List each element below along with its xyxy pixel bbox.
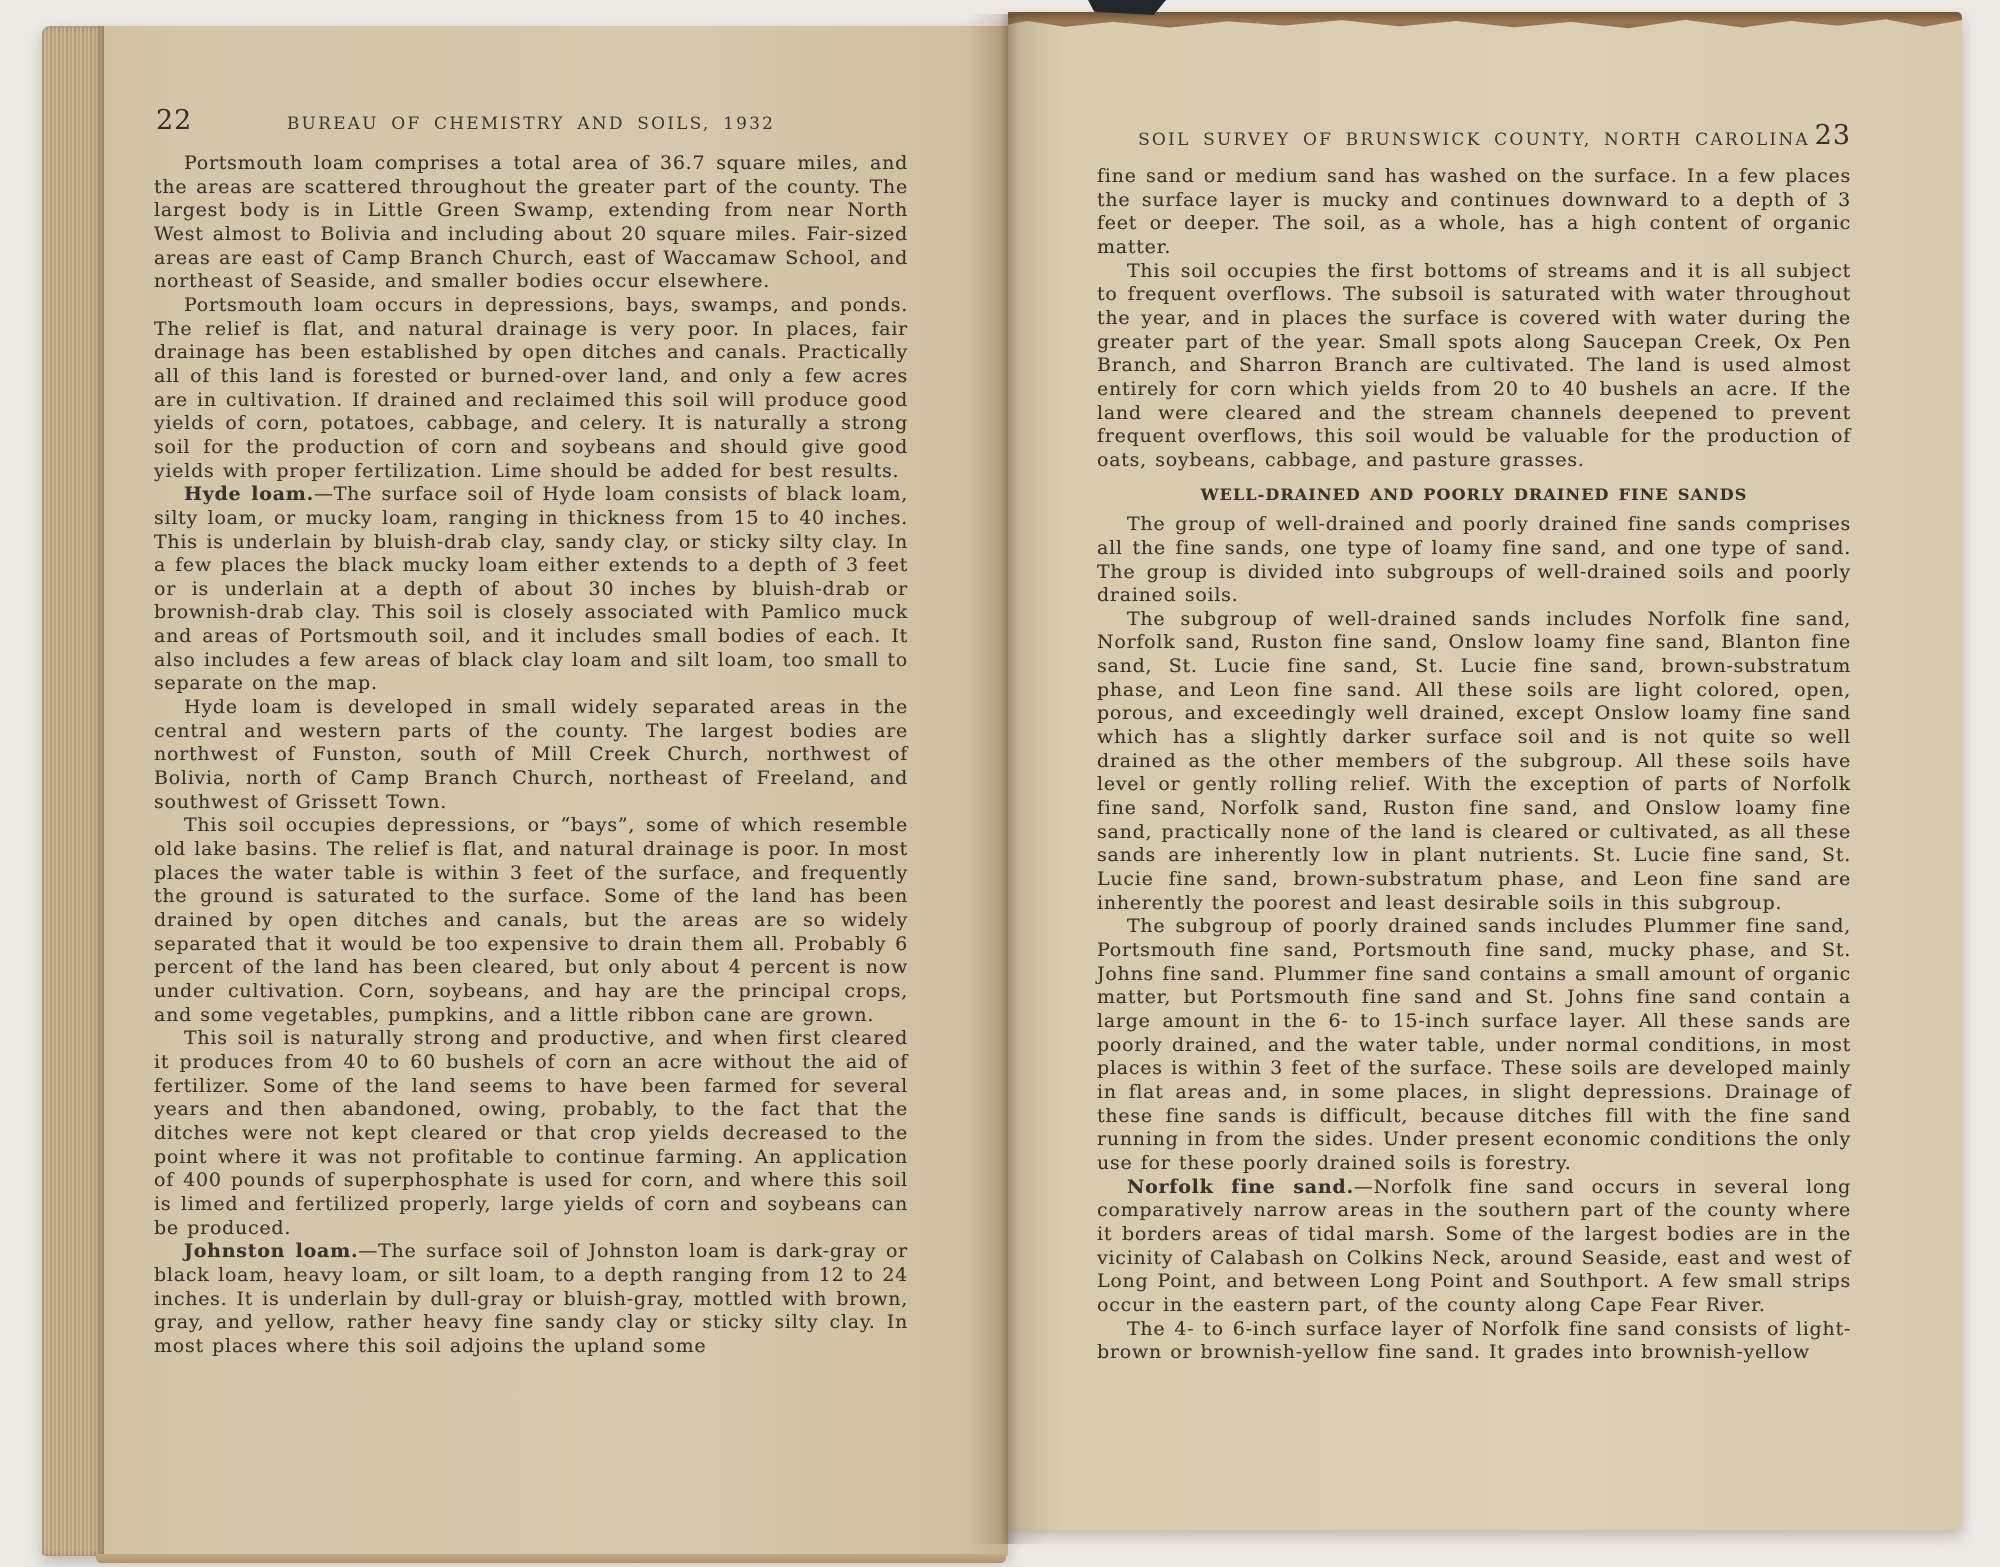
paragraph: The subgroup of well-drained sands inclu… bbox=[1097, 608, 1851, 916]
paragraph: fine sand or medium sand has washed on t… bbox=[1097, 165, 1851, 260]
paragraph-text: The subgroup of well-drained sands inclu… bbox=[1097, 608, 1851, 914]
book-page-right: SOIL SURVEY OF BRUNSWICK COUNTY, NORTH C… bbox=[1008, 14, 1962, 1530]
left-running-header: BUREAU OF CHEMISTRY AND SOILS, 1932 bbox=[154, 110, 908, 134]
right-page-header: SOIL SURVEY OF BRUNSWICK COUNTY, NORTH C… bbox=[1097, 126, 1851, 158]
paragraph: Norfolk fine sand.—Norfolk fine sand occ… bbox=[1097, 1176, 1851, 1318]
paragraph-text: This soil occupies depressions, or “bays… bbox=[154, 814, 908, 1025]
paragraph: Hyde loam is developed in small widely s… bbox=[154, 696, 908, 814]
paragraph: Hyde loam.—The surface soil of Hyde loam… bbox=[154, 483, 908, 696]
paragraph-text: The 4- to 6-inch surface layer of Norfol… bbox=[1097, 1318, 1851, 1364]
paragraph-text: This soil is naturally strong and produc… bbox=[154, 1027, 908, 1238]
left-page-edge-stack bbox=[42, 26, 104, 1556]
paragraph: This soil occupies the first bottoms of … bbox=[1097, 260, 1851, 473]
paragraph: This soil is naturally strong and produc… bbox=[154, 1027, 908, 1240]
left-page-body: Portsmouth loam comprises a total area o… bbox=[154, 152, 908, 1358]
paragraph: Portsmouth loam occurs in depressions, b… bbox=[154, 294, 908, 483]
paragraph-text: This soil occupies the first bottoms of … bbox=[1097, 260, 1851, 471]
section-heading: WELL-DRAINED AND POORLY DRAINED FINE SAN… bbox=[1097, 483, 1851, 507]
left-page-header: 22 BUREAU OF CHEMISTRY AND SOILS, 1932 bbox=[154, 110, 908, 142]
photo-backdrop: 22 BUREAU OF CHEMISTRY AND SOILS, 1932 P… bbox=[0, 0, 2000, 1567]
paragraph-text: Hyde loam is developed in small widely s… bbox=[154, 696, 908, 813]
left-page-number: 22 bbox=[156, 105, 192, 136]
soil-type-lead: Johnston loam. bbox=[184, 1240, 358, 1262]
right-page-number: 23 bbox=[1815, 120, 1851, 151]
paragraph: The 4- to 6-inch surface layer of Norfol… bbox=[1097, 1318, 1851, 1365]
paragraph: Portsmouth loam comprises a total area o… bbox=[154, 152, 908, 294]
paragraph-text: The group of well-drained and poorly dra… bbox=[1097, 513, 1851, 606]
book-page-left: 22 BUREAU OF CHEMISTRY AND SOILS, 1932 P… bbox=[42, 26, 1008, 1556]
paragraph-text: Portsmouth loam comprises a total area o… bbox=[154, 152, 908, 292]
paragraph-text: fine sand or medium sand has washed on t… bbox=[1097, 165, 1851, 258]
right-running-header: SOIL SURVEY OF BRUNSWICK COUNTY, NORTH C… bbox=[1097, 126, 1851, 150]
right-page-body: fine sand or medium sand has washed on t… bbox=[1097, 165, 1851, 1365]
soil-type-lead: Norfolk fine sand. bbox=[1127, 1176, 1354, 1198]
paragraph: This soil occupies depressions, or “bays… bbox=[154, 814, 908, 1027]
paragraph-text: —The surface soil of Hyde loam consists … bbox=[154, 483, 908, 694]
paragraph: The subgroup of poorly drained sands inc… bbox=[1097, 915, 1851, 1175]
paragraph-text: Portsmouth loam occurs in depressions, b… bbox=[154, 294, 908, 482]
paragraph-text: The subgroup of poorly drained sands inc… bbox=[1097, 915, 1851, 1174]
soil-type-lead: Hyde loam. bbox=[184, 483, 314, 505]
paragraph: The group of well-drained and poorly dra… bbox=[1097, 513, 1851, 608]
paragraph: Johnston loam.—The surface soil of Johns… bbox=[154, 1240, 908, 1358]
